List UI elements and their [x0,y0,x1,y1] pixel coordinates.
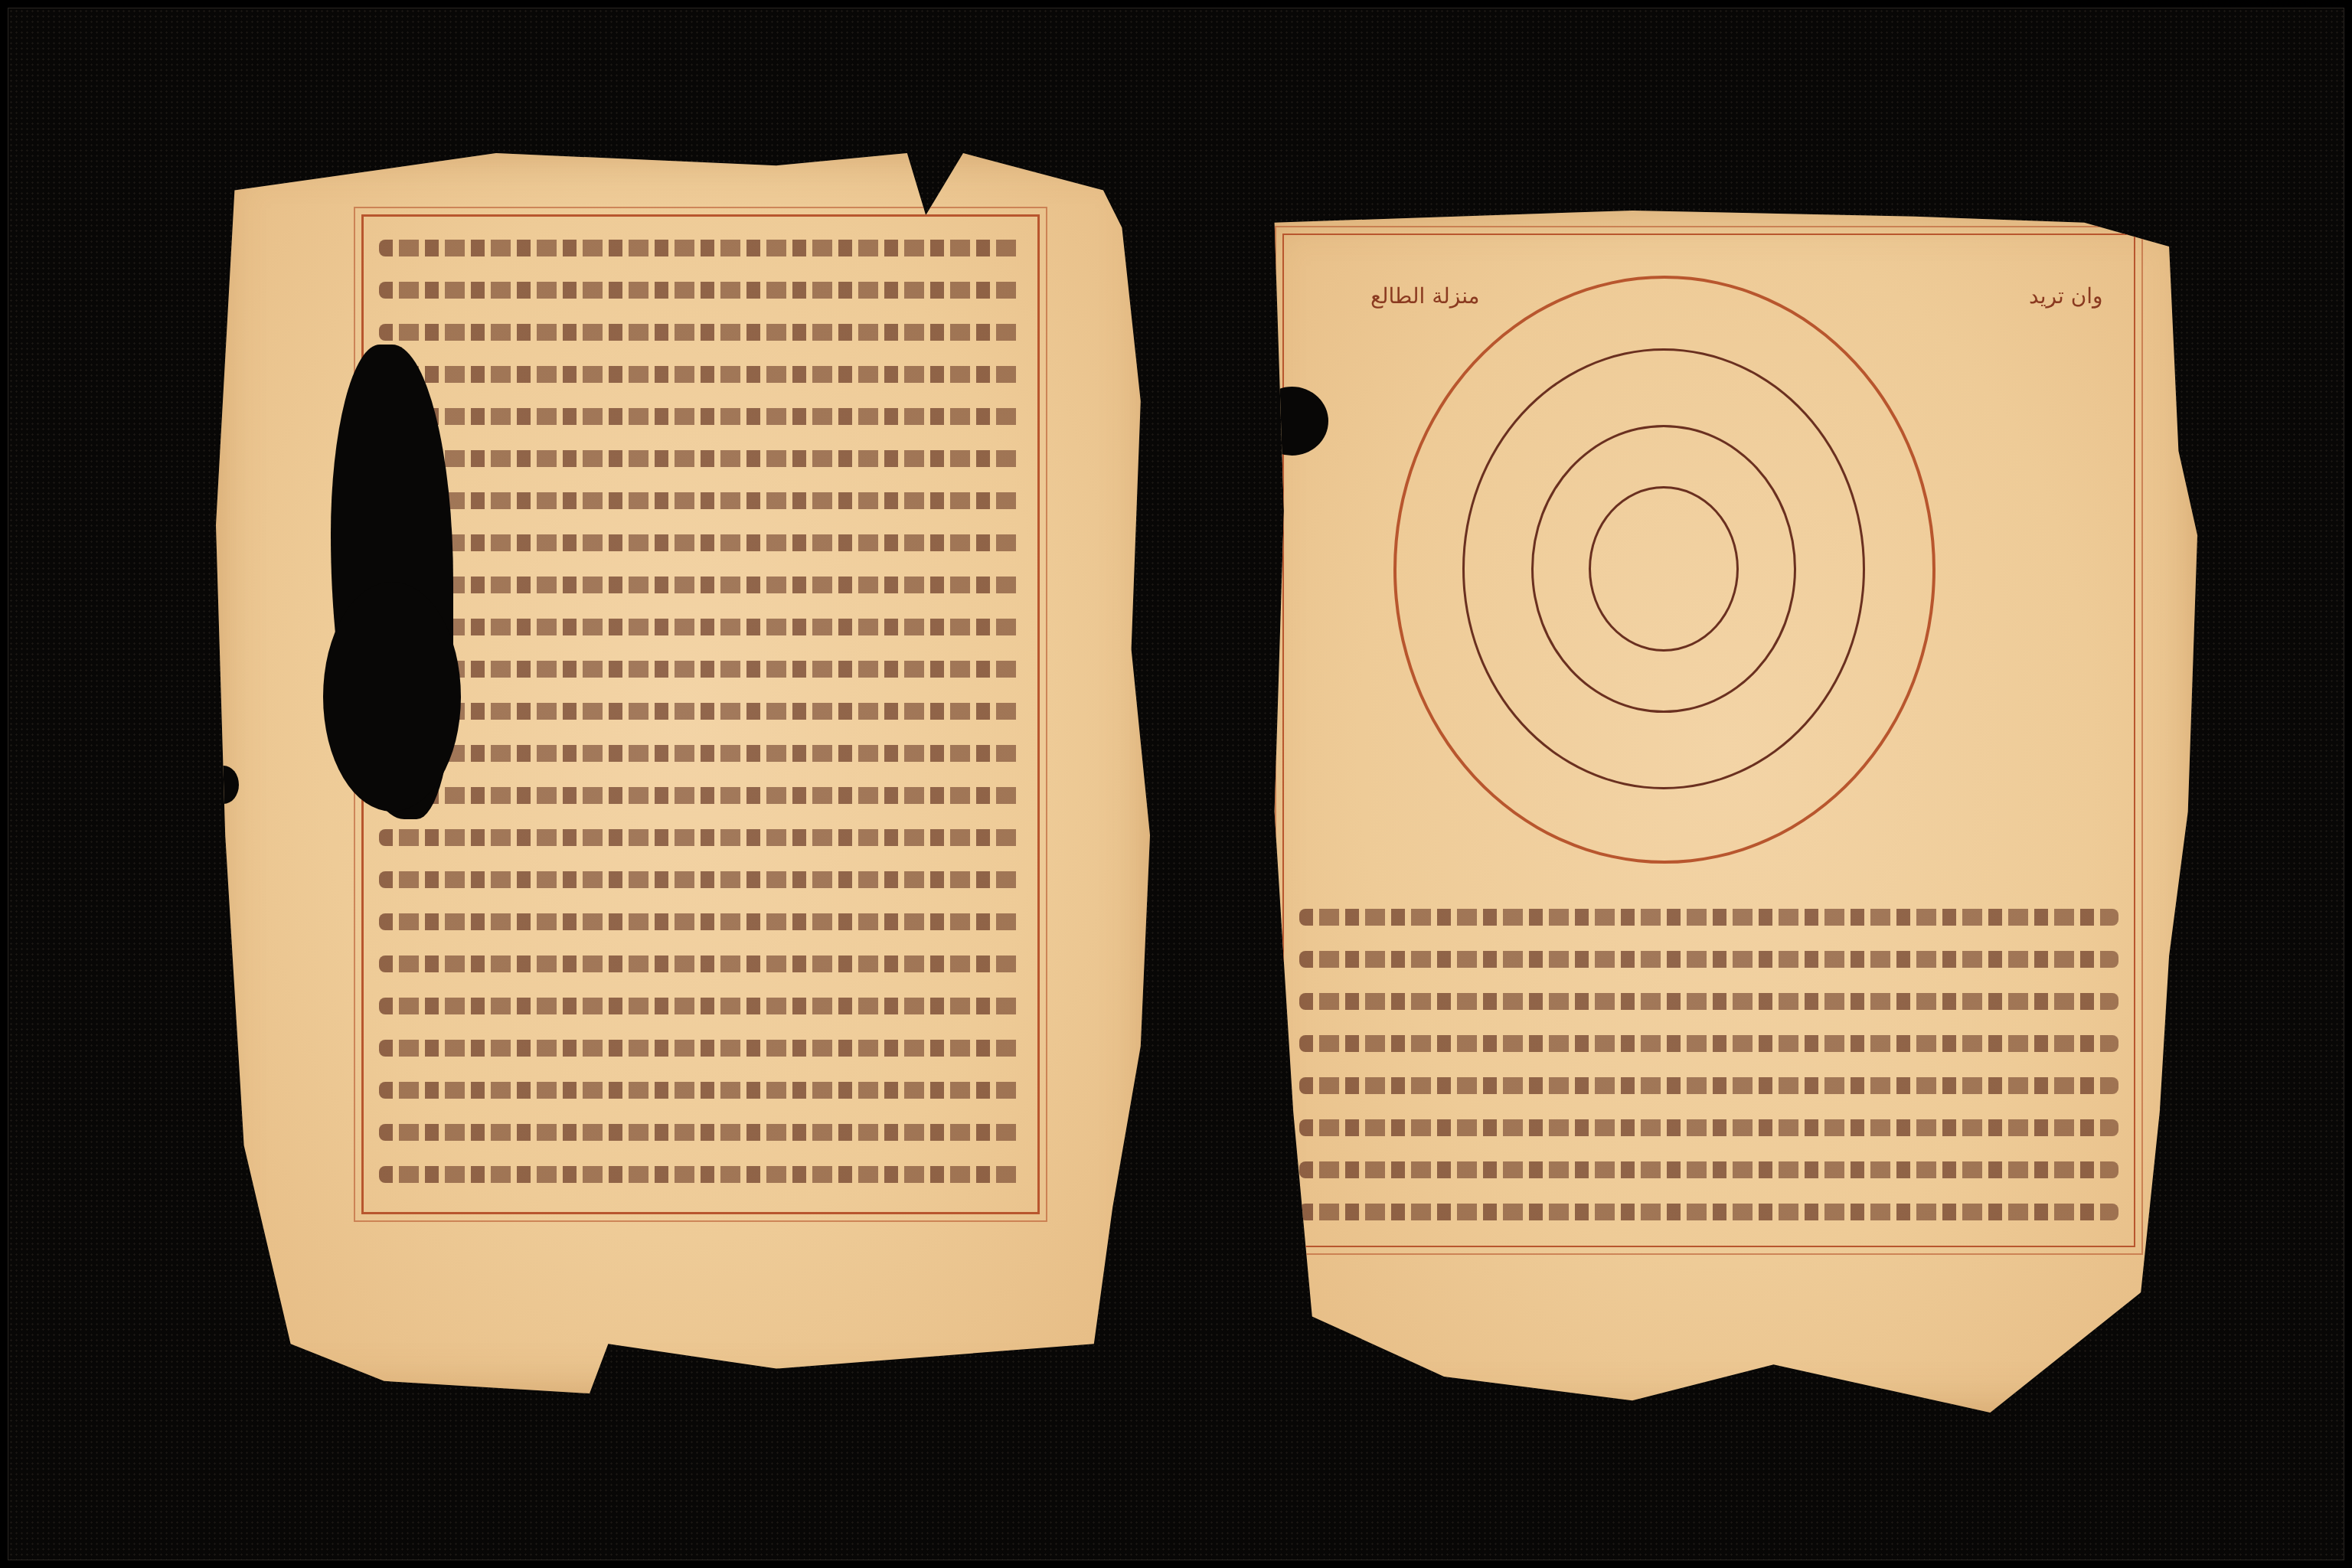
manuscript-page-right: وان تريد منزلة الطالع [1256,211,2197,1413]
right-text-frame [1282,234,2135,1247]
manuscript-page-left [216,153,1150,1393]
left-text-frame [361,214,1040,1214]
burn-hole [323,582,461,812]
